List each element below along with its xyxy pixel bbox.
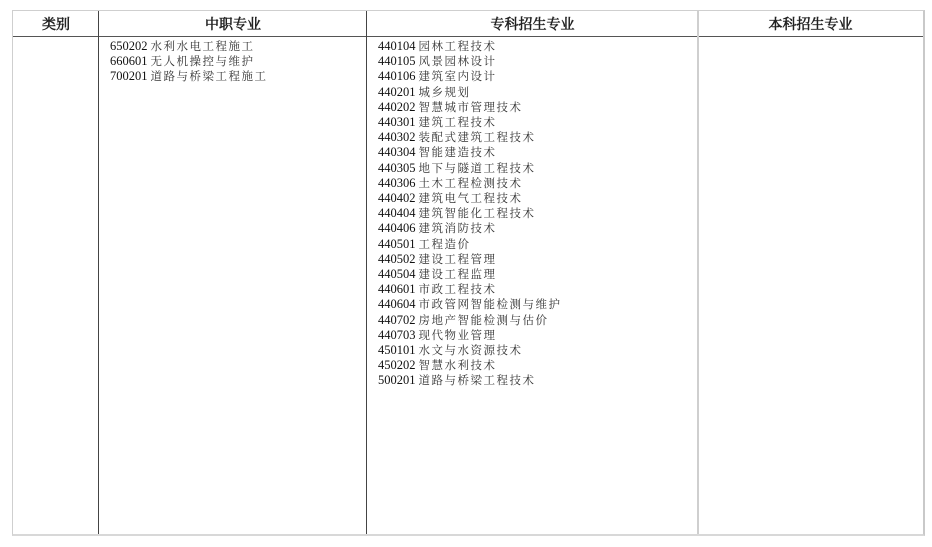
list-item: 450202智慧水利技术 (378, 358, 698, 373)
column-divider (697, 11, 699, 534)
major-code: 440601 (378, 282, 416, 296)
list-item: 440202智慧城市管理技术 (378, 100, 698, 115)
list-item: 440302装配式建筑工程技术 (378, 130, 698, 145)
major-name: 建设工程管理 (419, 252, 497, 266)
list-item: 700201道路与桥梁工程施工 (110, 69, 367, 84)
column-divider (98, 11, 99, 534)
major-name: 土木工程检测技术 (419, 176, 523, 190)
list-item: 500201道路与桥梁工程技术 (378, 373, 698, 388)
major-name: 工程造价 (419, 237, 471, 251)
list-item: 440201城乡规划 (378, 85, 698, 100)
column-divider (366, 11, 367, 534)
list-item: 440406建筑消防技术 (378, 221, 698, 236)
major-code: 440406 (378, 221, 416, 235)
header-junior-college: 专科招生专业 (367, 11, 698, 36)
list-item: 650202水利水电工程施工 (110, 39, 367, 54)
cell-category (13, 37, 99, 534)
list-item: 660601无人机操控与维护 (110, 54, 367, 69)
table-row: 650202水利水电工程施工660601无人机操控与维护700201道路与桥梁工… (13, 37, 923, 534)
list-item: 440703现代物业管理 (378, 328, 698, 343)
major-code: 660601 (110, 54, 148, 68)
list-item: 450101水文与水资源技术 (378, 343, 698, 358)
major-code: 500201 (378, 373, 416, 387)
list-item: 440402建筑电气工程技术 (378, 191, 698, 206)
major-name: 建筑消防技术 (419, 221, 497, 235)
major-code: 440604 (378, 297, 416, 311)
list-item: 440502建设工程管理 (378, 252, 698, 267)
major-code: 440703 (378, 328, 416, 342)
major-code: 440305 (378, 161, 416, 175)
major-code: 450202 (378, 358, 416, 372)
major-name: 水文与水资源技术 (419, 343, 523, 357)
header-undergraduate: 本科招生专业 (698, 11, 923, 36)
major-code: 700201 (110, 69, 148, 83)
list-item: 440301建筑工程技术 (378, 115, 698, 130)
header-category: 类别 (13, 11, 99, 36)
major-name: 市政工程技术 (419, 282, 497, 296)
major-code: 440105 (378, 54, 416, 68)
major-code: 440504 (378, 267, 416, 281)
major-name: 智慧城市管理技术 (419, 100, 523, 114)
major-name: 建设工程监理 (419, 267, 497, 281)
list-item: 440306土木工程检测技术 (378, 176, 698, 191)
major-name: 道路与桥梁工程技术 (419, 373, 536, 387)
list-item: 440702房地产智能检测与估价 (378, 313, 698, 328)
major-name: 城乡规划 (419, 85, 471, 99)
list-item: 440304智能建造技术 (378, 145, 698, 160)
major-code: 440702 (378, 313, 416, 327)
list-item: 440104园林工程技术 (378, 39, 698, 54)
major-name: 智能建造技术 (419, 145, 497, 159)
major-code: 440301 (378, 115, 416, 129)
major-code: 440302 (378, 130, 416, 144)
major-code: 440201 (378, 85, 416, 99)
major-name: 风景园林设计 (419, 54, 497, 68)
cell-undergraduate (698, 37, 923, 534)
list-item: 440601市政工程技术 (378, 282, 698, 297)
major-name: 园林工程技术 (419, 39, 497, 53)
list-item: 440305地下与隧道工程技术 (378, 161, 698, 176)
major-code: 440106 (378, 69, 416, 83)
list-item: 440404建筑智能化工程技术 (378, 206, 698, 221)
major-name: 房地产智能检测与估价 (419, 313, 549, 327)
major-name: 装配式建筑工程技术 (419, 130, 536, 144)
major-name: 无人机操控与维护 (151, 54, 255, 68)
list-item: 440105风景园林设计 (378, 54, 698, 69)
major-name: 现代物业管理 (419, 328, 497, 342)
list-item: 440106建筑室内设计 (378, 69, 698, 84)
majors-table: 类别 中职专业 专科招生专业 本科招生专业 650202水利水电工程施工6606… (12, 10, 925, 536)
major-code: 450101 (378, 343, 416, 357)
cell-junior-college: 440104园林工程技术440105风景园林设计440106建筑室内设计4402… (367, 37, 698, 534)
major-name: 建筑智能化工程技术 (419, 206, 536, 220)
major-name: 地下与隧道工程技术 (419, 161, 536, 175)
list-item: 440501工程造价 (378, 237, 698, 252)
major-code: 650202 (110, 39, 148, 53)
header-secondary-vocational: 中职专业 (99, 11, 367, 36)
major-name: 建筑工程技术 (419, 115, 497, 129)
major-code: 440304 (378, 145, 416, 159)
list-item: 440604市政管网智能检测与维护 (378, 297, 698, 312)
major-code: 440501 (378, 237, 416, 251)
cell-secondary-vocational: 650202水利水电工程施工660601无人机操控与维护700201道路与桥梁工… (99, 37, 367, 534)
major-name: 道路与桥梁工程施工 (151, 69, 268, 83)
major-name: 市政管网智能检测与维护 (419, 297, 562, 311)
major-code: 440104 (378, 39, 416, 53)
major-code: 440306 (378, 176, 416, 190)
table-header: 类别 中职专业 专科招生专业 本科招生专业 (13, 11, 923, 37)
major-name: 建筑电气工程技术 (419, 191, 523, 205)
major-code: 440502 (378, 252, 416, 266)
list-item: 440504建设工程监理 (378, 267, 698, 282)
major-code: 440402 (378, 191, 416, 205)
major-name: 水利水电工程施工 (151, 39, 255, 53)
major-name: 智慧水利技术 (419, 358, 497, 372)
major-code: 440202 (378, 100, 416, 114)
major-code: 440404 (378, 206, 416, 220)
major-name: 建筑室内设计 (419, 69, 497, 83)
